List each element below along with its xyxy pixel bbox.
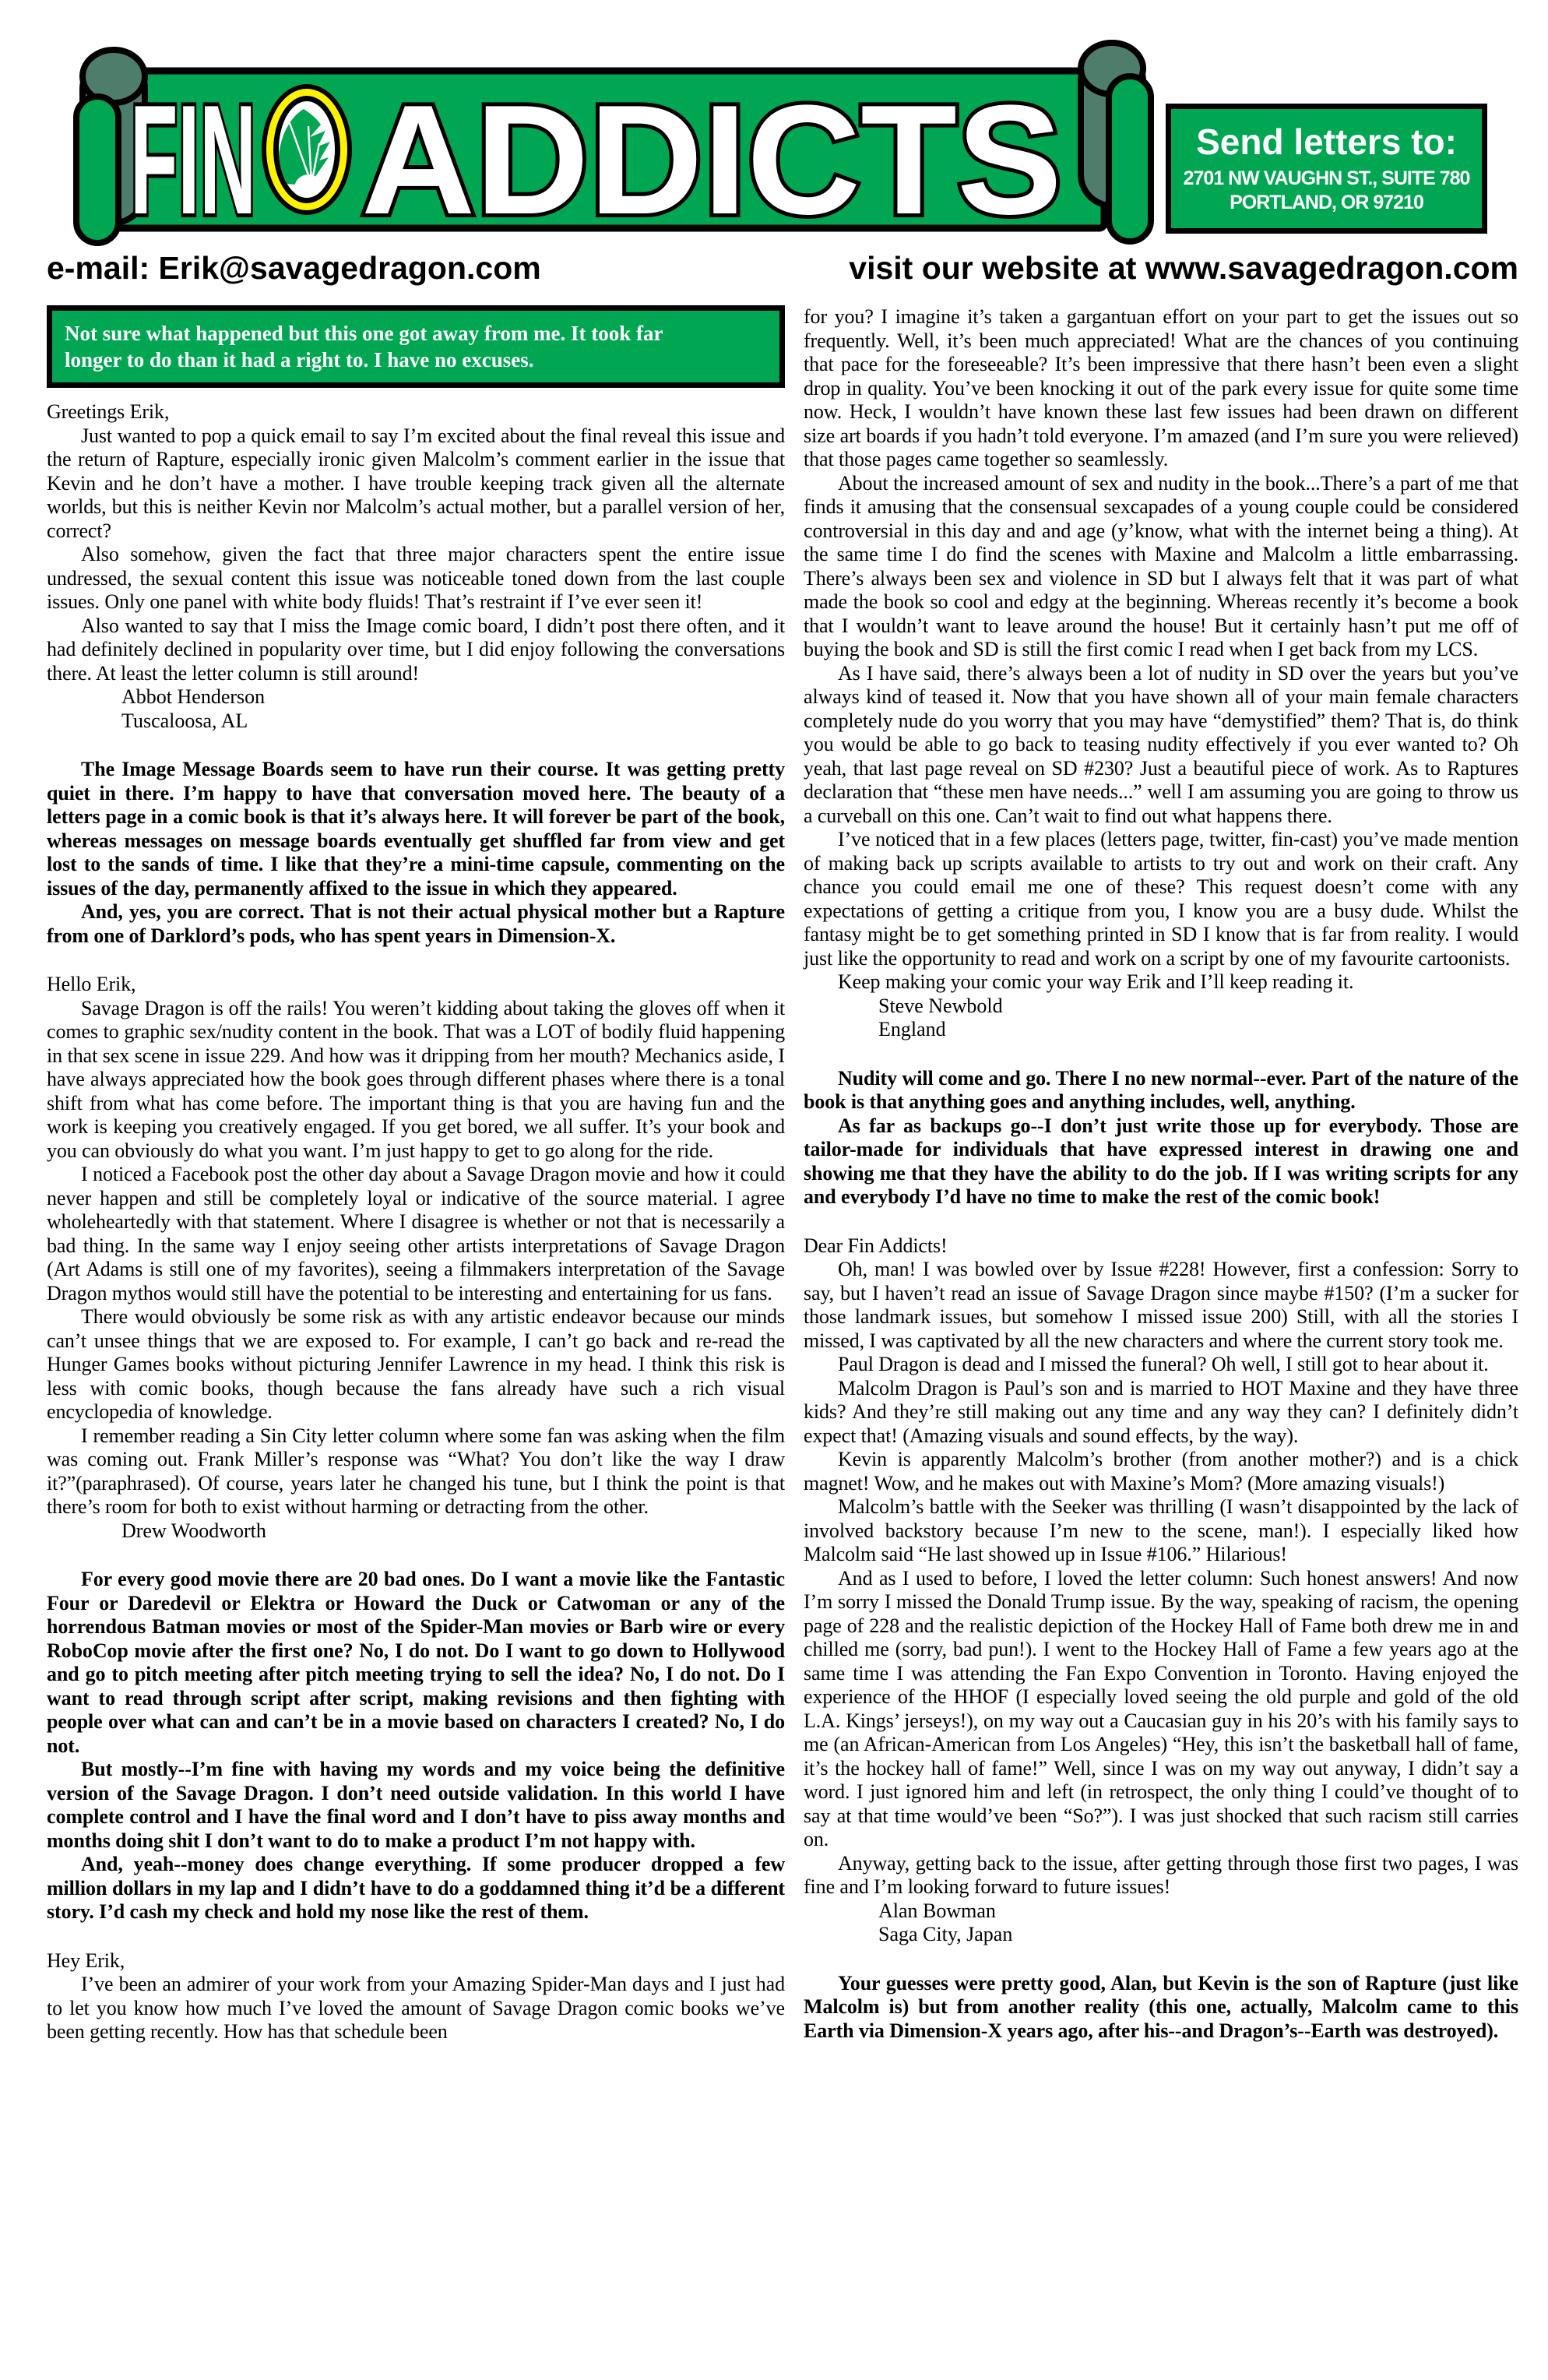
letter-paragraph: I noticed a Facebook post the other day … [47, 1163, 785, 1305]
signature-line: Steve Newbold [878, 995, 1518, 1019]
letter-paragraph: Savage Dragon is off the rails! You were… [47, 997, 785, 1164]
signature-line: Saga City, Japan [878, 1923, 1518, 1947]
logo-text-addicts: ADDICTS [361, 73, 1062, 247]
letter-signature: Alan BowmanSaga City, Japan [878, 1899, 1518, 1947]
contact-row: e-mail: Erik@savagedragon.com visit our … [47, 249, 1518, 287]
send-letters-address-line2: PORTLAND, OR 97210 [1171, 191, 1482, 215]
fin-addicts-logo-banner: FIN ADDICTS [40, 28, 1154, 262]
fin-icon [262, 84, 352, 215]
left-column: Not sure what happened but this one got … [47, 305, 785, 2044]
send-letters-address-line1: 2701 NW VAUGHN ST., SUITE 780 [1171, 167, 1482, 191]
send-letters-box: Send letters to: 2701 NW VAUGHN ST., SUI… [1166, 104, 1487, 234]
letter-paragraph: About the increased amount of sex and nu… [804, 472, 1518, 662]
editor-response-paragraph: The Image Message Boards seem to have ru… [47, 758, 785, 900]
letter-salutation: Hello Erik, [47, 973, 785, 997]
letter-paragraph: As I have said, there’s always been a lo… [804, 662, 1518, 829]
editor-intro-line: Not sure what happened but this one got … [65, 320, 767, 347]
editor-response-paragraph: Your guesses were pretty good, Alan, but… [804, 1972, 1518, 2044]
letter-signature: Abbot HendersonTuscaloosa, AL [121, 685, 785, 733]
website-line: visit our website at www.savagedragon.co… [849, 249, 1518, 287]
right-column: for you? I imagine it’s taken a gargantu… [804, 305, 1518, 2044]
letter-salutation: Greetings Erik, [47, 400, 785, 424]
signature-line: Abbot Henderson [121, 685, 785, 709]
editor-intro-line: longer to do than it had a right to. I h… [65, 347, 767, 373]
letter-paragraph: Malcolm Dragon is Paul’s son and is marr… [804, 1377, 1518, 1449]
email-line: e-mail: Erik@savagedragon.com [47, 249, 541, 287]
editor-response-paragraph: As far as backups go--I don’t just write… [804, 1114, 1518, 1209]
letter-paragraph: for you? I imagine it’s taken a gargantu… [804, 305, 1518, 472]
letter-paragraph: Paul Dragon is dead and I missed the fun… [804, 1353, 1518, 1377]
editor-response-paragraph: But mostly--I’m fine with having my word… [47, 1758, 785, 1853]
signature-line: Tuscaloosa, AL [121, 709, 785, 734]
letter-paragraph: I remember reading a Sin City letter col… [47, 1424, 785, 1519]
signature-line: England [878, 1018, 1518, 1042]
editor-intro-box: Not sure what happened but this one got … [47, 305, 785, 388]
letter-paragraph: Malcolm’s battle with the Seeker was thr… [804, 1495, 1518, 1567]
editor-response-paragraph: Nudity will come and go. There I no new … [804, 1067, 1518, 1114]
letter-salutation: Hey Erik, [47, 1949, 785, 1973]
logo-text-fin: FIN [130, 73, 256, 247]
signature-line: Drew Woodworth [121, 1519, 785, 1544]
left-column-text: Greetings Erik,Just wanted to pop a quic… [47, 400, 785, 2044]
letter-paragraph: Anyway, getting back to the issue, after… [804, 1852, 1518, 1899]
letter-signature: Drew Woodworth [121, 1519, 785, 1544]
letter-paragraph: Keep making your comic your way Erik and… [804, 970, 1518, 995]
send-letters-title: Send letters to: [1171, 121, 1482, 162]
letter-paragraph: Just wanted to pop a quick email to say … [47, 424, 785, 544]
letter-signature: Steve NewboldEngland [878, 995, 1518, 1042]
editor-response-paragraph: And, yeah--money does change everything.… [47, 1853, 785, 1924]
letter-paragraph: I’ve been an admirer of your work from y… [47, 1973, 785, 2044]
letter-paragraph: I’ve noticed that in a few places (lette… [804, 828, 1518, 970]
editor-response-paragraph: For every good movie there are 20 bad on… [47, 1568, 785, 1758]
letters-page-body: Not sure what happened but this one got … [47, 305, 1518, 2044]
signature-line: Alan Bowman [878, 1899, 1518, 1924]
letter-paragraph: There would obviously be some risk as wi… [47, 1305, 785, 1424]
letter-paragraph: Also wanted to say that I miss the Image… [47, 614, 785, 686]
letter-paragraph: Also somehow, given the fact that three … [47, 543, 785, 614]
editor-response-paragraph: And, yes, you are correct. That is not t… [47, 900, 785, 948]
letter-paragraph: Oh, man! I was bowled over by Issue #228… [804, 1258, 1518, 1353]
letter-salutation: Dear Fin Addicts! [804, 1234, 1518, 1259]
letter-paragraph: And as I used to before, I loved the let… [804, 1567, 1518, 1852]
letter-paragraph: Kevin is apparently Malcolm’s brother (f… [804, 1448, 1518, 1495]
